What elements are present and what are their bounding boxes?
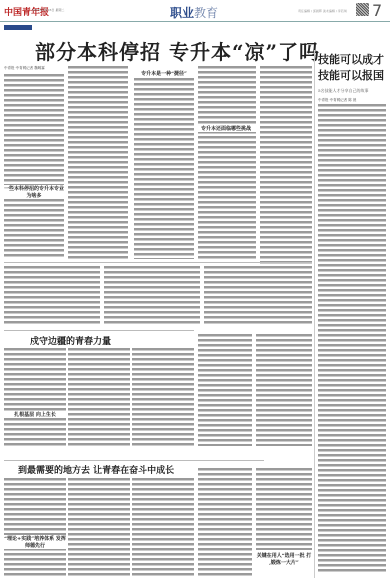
subhead: 专升本还面临哪些挑战 bbox=[196, 125, 256, 132]
side-byline: 中青报·中青网记者 陈 晨 bbox=[318, 98, 356, 103]
article-text bbox=[198, 468, 252, 578]
article-text bbox=[68, 66, 128, 259]
article-text bbox=[4, 348, 66, 446]
article-text bbox=[4, 74, 64, 259]
article-text bbox=[198, 334, 252, 446]
side-subtitle: 5名技能人才分享自己的故事 bbox=[318, 88, 369, 94]
article-text bbox=[134, 78, 194, 259]
main-headline: 部分本科停招 专升本“凉”了吗 bbox=[35, 36, 320, 65]
qr-code-icon bbox=[356, 3, 369, 16]
editors: 责任编辑 / 邱晨辉 美术编辑 / 李若琪 bbox=[298, 9, 356, 13]
article-text bbox=[256, 334, 312, 446]
subhead: 关键在用人“选用一批 打 ,锻炼一大片” bbox=[256, 552, 312, 566]
article-text bbox=[132, 478, 194, 578]
side-article-text bbox=[318, 104, 386, 574]
main-byline: 中青报·中青网记者 魏晞霖 bbox=[4, 66, 45, 71]
article-text bbox=[68, 348, 130, 446]
column-tag bbox=[4, 25, 32, 30]
article-text bbox=[4, 266, 100, 326]
article-text bbox=[132, 348, 194, 446]
article-text bbox=[198, 66, 256, 259]
divider bbox=[4, 330, 194, 331]
subhead: 一些本科停招的专升本专业为啥多 bbox=[4, 185, 64, 199]
masthead: 中国青年报 2023年5月16日 星期二 职业教育 责任编辑 / 邱晨辉 美术编… bbox=[0, 0, 390, 22]
article-text bbox=[104, 266, 200, 326]
divider bbox=[4, 262, 312, 263]
section-headline: 戍守边疆的青春力量 bbox=[30, 334, 111, 347]
subhead: 专升本是一种“捷径” bbox=[134, 70, 194, 77]
subhead: 扎根基层 向上生长 bbox=[4, 411, 66, 418]
article-text bbox=[4, 478, 66, 578]
side-headline: 技能可以成才技能可以报国 bbox=[318, 52, 384, 84]
article-text bbox=[256, 468, 312, 550]
page-number: 7 bbox=[372, 1, 382, 20]
divider bbox=[4, 460, 264, 461]
column-divider bbox=[314, 50, 315, 578]
article-text bbox=[204, 266, 312, 326]
section-title: 职业教育 bbox=[170, 4, 218, 21]
issue-date: 2023年5月16日 星期二 bbox=[32, 8, 64, 12]
article-text bbox=[68, 478, 130, 578]
section-headline: 到最需要的地方去 让青春在奋斗中成长 bbox=[18, 463, 174, 476]
subhead: “理论+实践”培养体系 发挥 师德先行 bbox=[4, 535, 66, 549]
